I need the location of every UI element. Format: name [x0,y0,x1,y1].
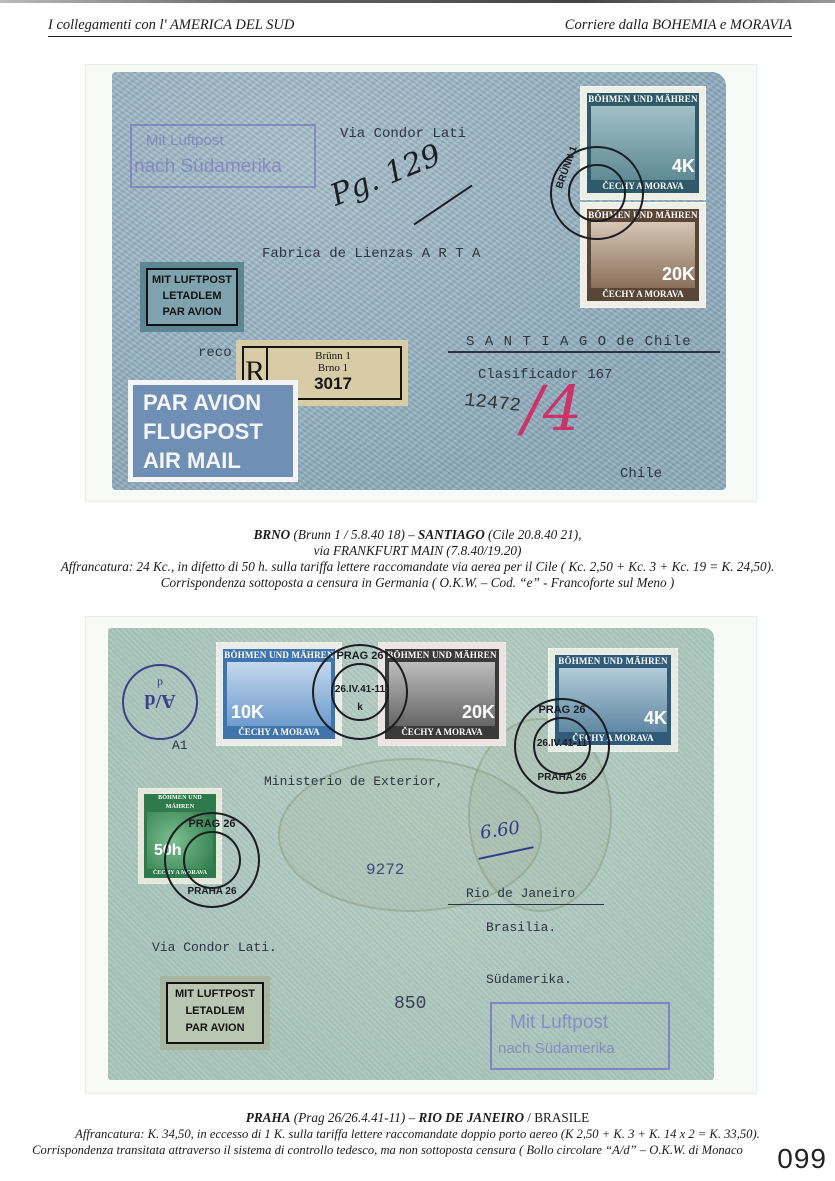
stamp-50h-country-de: BÖHMEN UND MÄHREN [144,794,216,812]
top-border [0,0,835,3]
cover1-envelope: Mit Luftpost nach Südamerika Via Condor … [112,72,726,490]
stamp-4k-blue-value: 4K [644,708,667,729]
recipient-name: Fabrica de Lienzas A R T A [262,246,480,262]
censor-circle: p A/d [122,664,198,740]
stamp-4k-country-de: BÖHMEN UND MÄHREN [587,93,699,106]
destination-city: Rio de Janeiro [466,886,575,901]
censor-letter: p [124,674,196,689]
postmark-ring: PRAG 26 [516,704,608,716]
handwritten-pag: Pg. 129 [326,138,446,214]
airmail-line3: PAR AVION [148,304,236,320]
airmail-line2: LETADLEM [148,288,236,304]
header-right-title: Corriere dalla BOHEMIA e MORAVIA [565,17,792,34]
destination-region: Südamerika. [486,972,572,987]
a1-mark: A1 [172,738,188,753]
stamp-4k-value: 4K [672,156,695,177]
arrival-number: 12472 [463,389,522,417]
red-crayon-mark: /4 [522,372,582,445]
postmark-ring: PRAG 26 [166,818,258,830]
city-underline [448,351,720,353]
etiquette-line1: PAR AVION [143,388,293,417]
page-number: 099 [777,1143,827,1175]
etiquette-line2: FLUGPOST [143,417,293,446]
postmark-prag-2: PRAG 26 26.IV.41-11 PRAHA 26 [514,698,610,794]
postmark-bottom: PRAHA 26 [166,886,258,897]
caption2-destination: RIO DE JANEIRO [418,1110,524,1125]
postmark-ring: PRAG 26 [314,650,406,662]
cover1-caption: BRNO (Brunn 1 / 5.8.40 18) – SANTIAGO (C… [0,527,835,591]
cover2-caption: PRAHA (Prag 26/26.4.41-11) – RIO DE JANE… [0,1110,835,1158]
via-condor-lati: Via Condor Lati. [152,940,277,955]
stamp-10k-value: 10K [231,702,264,723]
number-9272: 9272 [366,861,404,879]
etiquette-line3: AIR MAIL [143,446,293,475]
pen-stroke [413,185,472,226]
postmark-letter: k [314,702,406,713]
caption1-origin: BRNO [254,527,291,542]
page-header: I collegamenti con l' AMERICA DEL SUD Co… [48,14,792,37]
cachet-line1: Mit Luftpost [510,1012,608,1034]
destination-state: Brasilia. [486,920,556,935]
airmail-label: MIT LUFTPOST LETADLEM PAR AVION [140,262,244,332]
airmail-label: MIT LUFTPOST LETADLEM PAR AVION [160,976,270,1050]
caption2-line1: PRAHA (Prag 26/26.4.41-11) – RIO DE JANE… [0,1110,835,1126]
reco-text: reco [198,345,232,361]
violet-cachet: Mit Luftpost nach Südamerika [490,1002,670,1070]
registration-office-de: Brünn 1 [266,350,400,362]
airmail-line3: PAR AVION [168,1020,262,1037]
postmark-prag-1: PRAG 26 26.IV.41-11 k [312,644,408,740]
cover2-envelope: p A/d A1 BÖHMEN UND MÄHREN ČECHY A MORAV… [108,628,714,1080]
violet-cachet: Mit Luftpost nach Südamerika [130,124,316,188]
postmark-bottom: PRAHA 26 [516,772,608,783]
stamp-20k-value: 20K [662,264,695,285]
caption1-origin-detail: (Brunn 1 / 5.8.40 18) [294,527,405,542]
stamp-20k-gray-value: 20K [462,702,495,723]
number-850: 850 [394,994,426,1014]
recipient-ministry: Ministerio de Exterior, [264,774,443,789]
caption1-destination-detail: (Cile 20.8.40 21), [488,527,581,542]
postmark-date: 26.IV.41-11 [516,738,608,749]
airmail-line1: MIT LUFTPOST [148,272,236,288]
stamp-20k-country-cz: ČECHY A MORAVA [587,288,699,301]
caption2-destination-detail: / BRASILE [527,1110,589,1125]
airmail-etiquette: PAR AVION FLUGPOST AIR MAIL [128,380,298,482]
censor-glyph: A/d [124,689,196,712]
city-underline [448,904,604,905]
header-left-title: I collegamenti con l' AMERICA DEL SUD [48,17,294,34]
caption1-destination: SANTIAGO [418,527,485,542]
caption1-line3: Affrancatura: 24 Kc., in difetto di 50 h… [0,559,835,575]
caption2-origin: PRAHA [246,1110,291,1125]
stamp-10k-country-cz: ČECHY A MORAVA [223,726,335,739]
destination-city: S A N T I A G O de Chile [466,334,692,350]
airmail-line2: LETADLEM [168,1003,262,1020]
airmail-line1: MIT LUFTPOST [168,986,262,1003]
postmark-brunn: BRÜNN 1 [550,146,644,240]
destination-country: Chile [620,466,662,482]
caption2-line2: Affrancatura: K. 34,50, in eccesso di 1 … [0,1126,835,1142]
caption2-line3: Corrispondenza transitata attraverso il … [0,1142,835,1158]
postmark-prag-3: PRAG 26 PRAHA 26 [164,812,260,908]
stamp-4k-blue-country-de: BÖHMEN UND MÄHREN [555,655,671,668]
caption2-sep: – [409,1110,416,1125]
via-condor-lati: Via Condor Lati [340,126,466,142]
caption1-line2: via FRANKFURT MAIN (7.8.40/19.20) [0,543,835,559]
cachet-line2: nach Südamerika [134,156,282,178]
postmark-date: 26.IV.41-11 [314,684,406,695]
registration-office-cz: Brno 1 [266,362,400,374]
caption2-origin-detail: (Prag 26/26.4.41-11) [294,1110,405,1125]
stamp-20k-gray-country-cz: ČECHY A MORAVA [385,726,499,739]
caption1-line4: Corrispondenza sottoposta a censura in G… [0,575,835,591]
cachet-line1: Mit Luftpost [146,132,224,149]
caption1-sep: – [408,527,415,542]
caption1-line1: BRNO (Brunn 1 / 5.8.40 18) – SANTIAGO (C… [0,527,835,543]
cachet-line2: nach Südamerika [498,1040,615,1057]
